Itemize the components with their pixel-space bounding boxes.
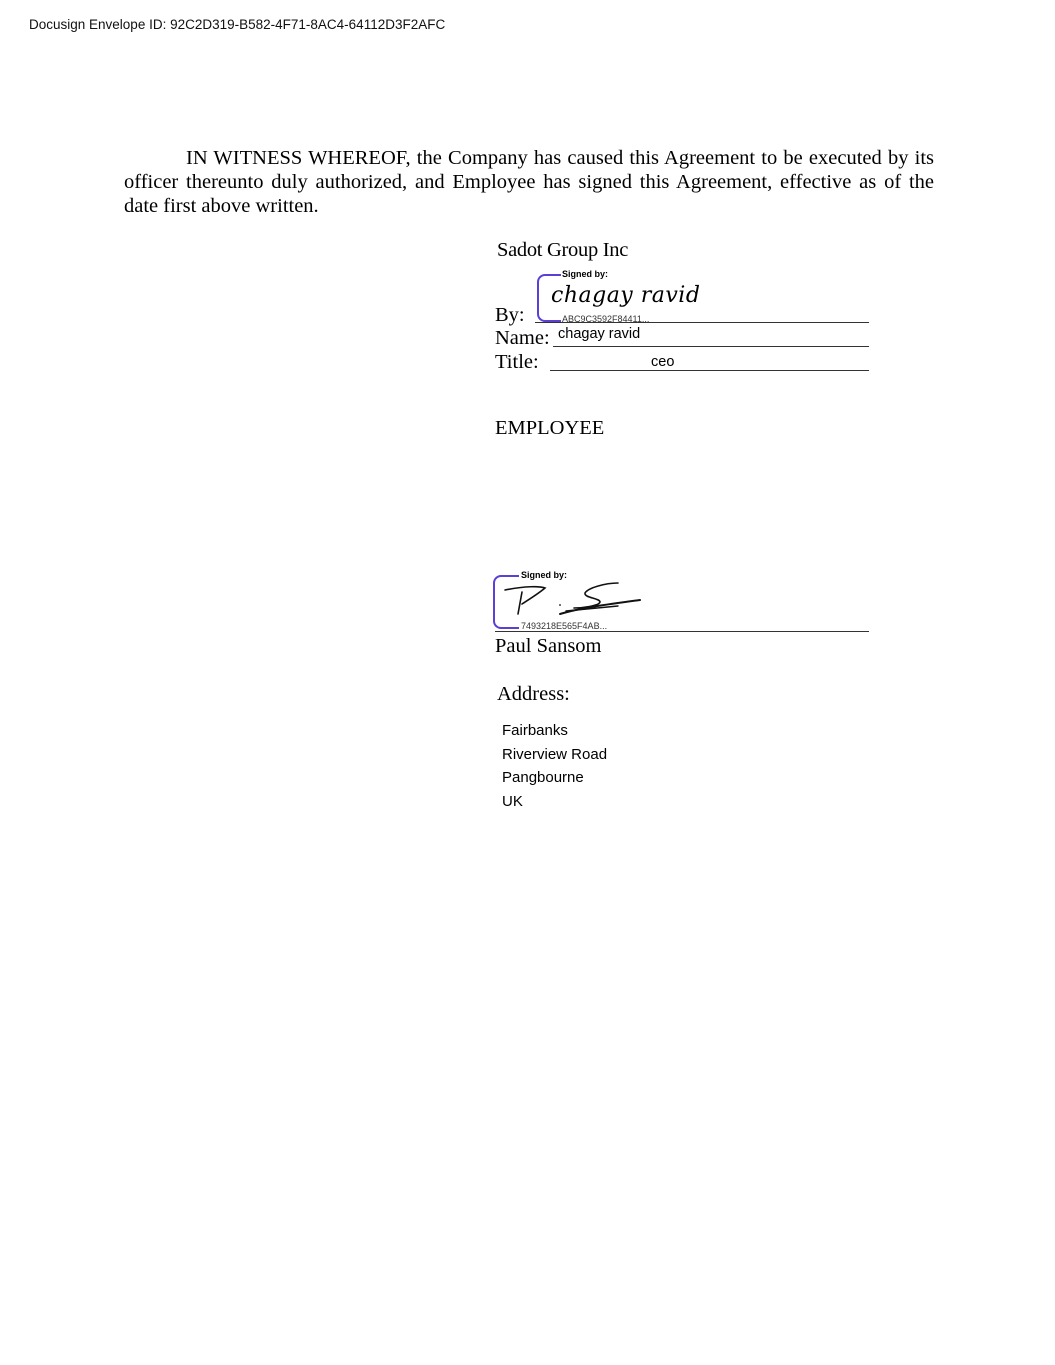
address-line: Pangbourne	[502, 766, 607, 790]
title-line	[550, 370, 869, 371]
by-label: By:	[495, 303, 525, 327]
address-block: Fairbanks Riverview Road Pangbourne UK	[502, 719, 607, 814]
witness-paragraph-text: IN WITNESS WHEREOF, the Company has caus…	[124, 147, 934, 217]
envelope-id: Docusign Envelope ID: 92C2D319-B582-4F71…	[29, 17, 445, 32]
employee-signature-id: 7493218E565F4AB...	[520, 621, 608, 631]
address-label: Address:	[497, 682, 570, 706]
name-label: Name:	[495, 326, 550, 350]
company-signature: chagay ravid	[551, 283, 700, 308]
witness-paragraph: IN WITNESS WHEREOF, the Company has caus…	[124, 146, 934, 218]
address-line: Fairbanks	[502, 719, 607, 743]
by-signature-line	[535, 322, 869, 323]
title-value: ceo	[651, 354, 674, 370]
company-signed-by-label: Signed by:	[561, 269, 609, 279]
name-value: chagay ravid	[558, 326, 640, 342]
company-name: Sadot Group Inc	[497, 238, 628, 262]
employee-heading: EMPLOYEE	[495, 416, 604, 440]
address-line: UK	[502, 790, 607, 814]
title-label: Title:	[495, 350, 539, 374]
employee-name: Paul Sansom	[495, 634, 602, 658]
address-line: Riverview Road	[502, 743, 607, 767]
employee-signature-line	[495, 631, 869, 632]
name-line	[553, 346, 869, 347]
